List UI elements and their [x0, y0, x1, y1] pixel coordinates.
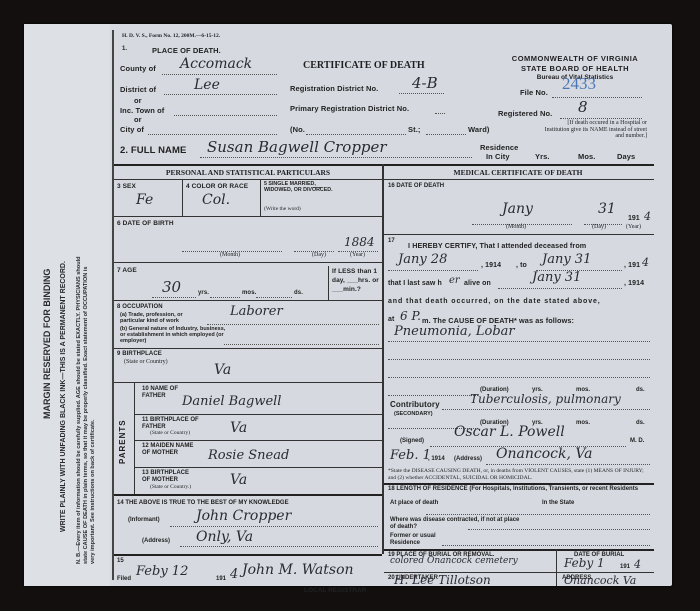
form-code: H. D. V. S., Form No. 12, 200M.—6-15-12.	[122, 33, 220, 39]
physician-address-value: Onancock, Va	[496, 446, 593, 462]
death-certificate: MARGIN RESERVED FOR BINDING WRITE PLAINL…	[24, 24, 672, 586]
race-label: 4 COLOR OR RACE	[186, 183, 248, 190]
physician-address-label: (Address)	[454, 456, 482, 462]
at-label: at	[388, 316, 394, 323]
birthplace-hint: (State or Country)	[124, 359, 168, 365]
duration-ds-label-2: ds.	[636, 420, 645, 426]
informant-address-value: Only, Va	[196, 529, 253, 545]
attended-from-year: , 1914	[481, 262, 501, 269]
filed-year-label: 191	[216, 576, 226, 582]
district-label: District of	[120, 85, 156, 94]
age-ds-label: ds.	[294, 290, 303, 296]
marital-label: 5 SINGLE MARRIED, WIDOWED, OR DIVORCED.	[264, 181, 334, 193]
county-label: County of	[120, 64, 156, 73]
full-name-value: Susan Bagwell Cropper	[207, 138, 387, 156]
birthplace-value: Va	[214, 362, 231, 378]
marital-value: —	[312, 182, 322, 193]
nb-line-2: state CAUSE OF DEATH in plain terms, so …	[83, 267, 89, 564]
last-saw-year: , 1914	[624, 280, 644, 287]
authority-line-2: STATE BOARD OF HEALTH	[500, 64, 650, 73]
cert-section-number: 17	[388, 238, 395, 244]
in-city-label: In City	[486, 152, 510, 161]
duration-mos-label-2: mos.	[576, 420, 590, 426]
age-label: 7 AGE	[117, 267, 137, 274]
or-label-2: or	[134, 115, 142, 124]
race-value: Col.	[202, 192, 230, 208]
parents-label: PARENTS	[118, 419, 127, 464]
nb-line-3: very important. See instructions on back…	[90, 419, 96, 564]
registration-district-label: Registration District No.	[290, 84, 378, 93]
occupation-label: 8 OCCUPATION	[117, 304, 163, 310]
time-of-death-value: 6 P.	[400, 309, 421, 323]
dod-month-value: Jany	[502, 201, 533, 217]
dod-year-value: 4	[644, 210, 651, 223]
attended-to-value: Jany 31	[542, 252, 591, 267]
last-saw-pronoun: er	[449, 275, 460, 286]
occupation-a-value: Laborer	[230, 304, 283, 319]
duration-ds-label: ds.	[636, 387, 645, 393]
undertaker-address-value: Onancock Va	[564, 574, 636, 587]
mother-birthplace-label: 13 BIRTHPLACE OF MOTHER	[142, 470, 198, 483]
dod-day-label: (Day)	[592, 224, 606, 230]
informant-address-label: (Address)	[142, 538, 170, 544]
place-of-death-heading: PLACE OF DEATH.	[152, 46, 221, 55]
certificate-form: H. D. V. S., Form No. 12, 200M.—6-15-12.…	[112, 24, 666, 586]
last-saw-date-value: Jany 31	[532, 270, 581, 285]
marital-hint: (Write the word)	[264, 206, 301, 212]
binding-margin: MARGIN RESERVED FOR BINDING WRITE PLAINL…	[24, 24, 110, 586]
dob-label: 6 DATE OF BIRTH	[117, 220, 174, 227]
age-yrs-label: yrs.	[198, 290, 209, 296]
attended-to-year-value: 4	[642, 256, 649, 269]
residence-heading: 18 LENGTH OF RESIDENCE (For Hospitals, I…	[388, 486, 652, 493]
informant-label: (Informant)	[128, 517, 160, 523]
father-birthplace-hint: (State or Country)	[150, 430, 190, 436]
days-label: Days	[617, 152, 635, 161]
yrs-label: Yrs.	[535, 152, 550, 161]
occupation-a-label: (a) Trade, profession, or particular kin…	[120, 312, 208, 324]
write-plainly-text: WRITE PLAINLY WITH UNFADING BLACK INK—TH…	[60, 261, 67, 532]
registrar-signature: John M. Watson	[242, 562, 354, 578]
hospital-note: [If death occured in a Hospital or Insti…	[542, 120, 647, 140]
md-label: M. D.	[630, 438, 644, 444]
dod-year-prefix: 191	[628, 215, 640, 222]
cert-line-4: and that death occurred, on the date sta…	[388, 298, 601, 305]
contributory-label: Contributory	[390, 400, 440, 409]
last-saw-label: that I last saw h	[388, 280, 442, 287]
age-value: 30	[162, 278, 181, 296]
at-place-label: At place of death	[390, 500, 450, 507]
county-value: Accomack	[180, 56, 252, 72]
dod-year-label: (Year)	[626, 224, 641, 230]
medical-heading: MEDICAL CERTIFICATE OF DEATH	[384, 168, 652, 177]
file-no-label: File No.	[520, 88, 548, 97]
filed-date-value: Feby 12	[136, 564, 188, 579]
birthplace-label: 9 BIRTHPLACE	[117, 351, 162, 357]
mother-birthplace-value: Va	[230, 472, 247, 488]
burial-year-prefix: 191	[620, 564, 630, 570]
in-state-label: In the State	[542, 500, 582, 507]
cert-line-1: I HEREBY CERTIFY, That I attended deceas…	[408, 241, 586, 250]
signed-date-value: Feb. 1	[390, 448, 431, 463]
signed-year: , 1914	[428, 456, 445, 462]
margin-reserved-text: MARGIN RESERVED FOR BINDING	[42, 269, 52, 419]
place-section-number: 1.	[122, 46, 127, 52]
burial-date-value: Feby 1	[564, 556, 605, 570]
dob-year-value: 1884	[344, 235, 375, 249]
alive-on-label: alive on	[464, 280, 491, 287]
registered-no-value: 8	[578, 98, 588, 116]
district-value: Lee	[194, 77, 220, 93]
mother-birthplace-hint: (State or Country.)	[150, 484, 191, 490]
registration-district-value: 4-B	[412, 74, 438, 92]
registered-no-label: Registered No.	[498, 109, 552, 118]
day-label: (Day)	[312, 252, 326, 258]
personal-heading: PERSONAL AND STATISTICAL PARTICULARS	[114, 168, 382, 177]
cause-of-death-value: Pneumonia, Lobar	[394, 324, 515, 339]
city-label: City of	[120, 125, 144, 134]
mos-label: Mos.	[578, 152, 595, 161]
certificate-title: CERTIFICATE OF DEATH	[303, 60, 425, 71]
month-label: (Month)	[220, 252, 240, 258]
to-label: , to	[516, 262, 527, 269]
local-registrar-label: LOCAL REGISTRAR	[304, 587, 366, 594]
filed-year-value: 4	[230, 567, 238, 582]
mother-value: Rosie Snead	[208, 448, 289, 463]
residence-label: Residence	[480, 143, 518, 152]
father-birthplace-value: Va	[230, 420, 247, 436]
less-than-label: If LESS than 1 day, ___hrs. or ___min.?	[332, 267, 382, 294]
former-residence-label: Former or usual Residence	[390, 533, 450, 546]
undertaker-value: H. Lee Tillotson	[394, 573, 491, 587]
town-label: Inc. Town of	[120, 106, 164, 115]
cause-footnote: *State the DISEASE CAUSING DEATH, or, in…	[388, 468, 652, 481]
ward-label: Ward)	[468, 125, 489, 134]
attended-from-value: Jany 28	[398, 252, 447, 267]
father-birthplace-label: 11 BIRTHPLACE OF FATHER	[142, 417, 202, 430]
burial-place-value: colored Onancock cemetery	[390, 556, 518, 566]
street-label: St.;	[408, 125, 420, 134]
father-value: Daniel Bagwell	[182, 394, 281, 409]
mother-label: 12 MAIDEN NAME OF MOTHER	[142, 443, 198, 456]
informant-value: John Cropper	[196, 508, 291, 524]
street-no-label: (No.	[290, 125, 305, 134]
year-label: (Year)	[350, 252, 365, 258]
full-name-label: 2. FULL NAME	[120, 145, 186, 156]
primary-registration-label: Primary Registration District No.	[290, 104, 409, 113]
attended-to-year-prefix: , 191	[624, 262, 640, 269]
signed-label: (Signed)	[400, 438, 424, 444]
or-label: or	[134, 96, 142, 105]
physician-signature: Oscar L. Powell	[454, 424, 565, 440]
authority-line-1: COMMONWEALTH OF VIRGINIA	[500, 54, 650, 63]
sex-label: 3 SEX	[117, 183, 136, 190]
dod-day-value: 31	[598, 201, 616, 217]
occupation-b-label: (b) General nature of Industry, business…	[120, 326, 230, 344]
age-mos-label: mos.	[242, 290, 256, 296]
secondary-label: (SECONDARY)	[394, 411, 433, 417]
file-no-value: 2433	[562, 74, 596, 94]
dod-month-label: (Month)	[506, 224, 526, 230]
sex-value: Fe	[136, 192, 153, 208]
filed-label: Filed	[117, 576, 131, 582]
informant-heading: 14 THE ABOVE IS TRUE TO THE BEST OF MY K…	[117, 500, 289, 506]
filed-section-number: 15	[117, 558, 124, 564]
dod-label: 16 DATE OF DEATH	[388, 183, 444, 189]
contributory-value: Tuberculosis, pulmonary	[470, 392, 621, 406]
nb-line-1: N. B.—Every item of information should b…	[76, 256, 82, 564]
burial-year-value: 4	[634, 558, 641, 571]
